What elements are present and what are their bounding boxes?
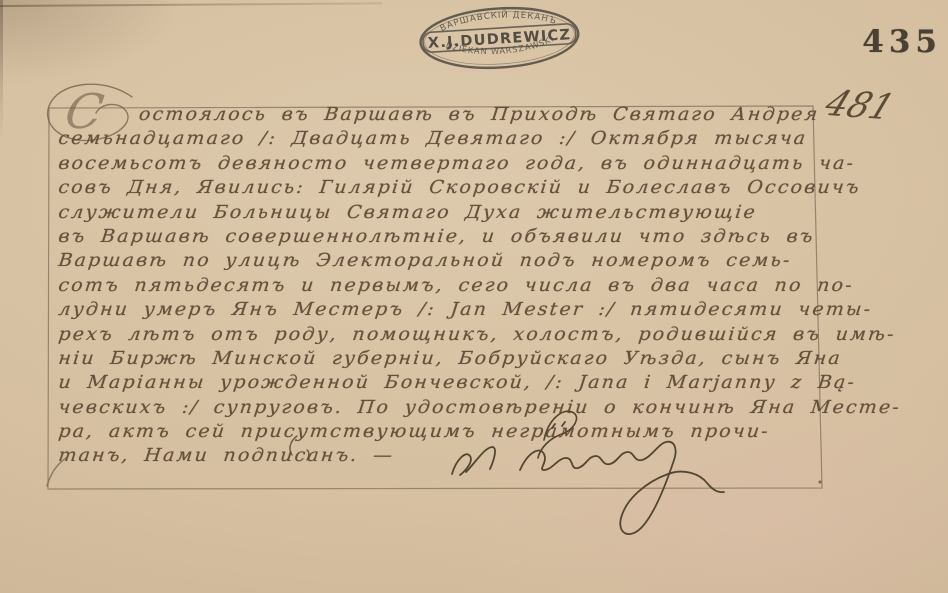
manuscript-line: Варшавѣ по улицѣ Электоральной подъ номе… [57,249,872,273]
manuscript-line: лудни умеръ Янъ Местеръ /: Jan Mester :/… [57,298,872,322]
manuscript-line: ра, актъ сей присутствующимъ неграмотным… [57,420,872,444]
rule-corner-dot [818,480,821,483]
manuscript-text: остоялось въ Варшавѣ въ Приходѣ Святаго … [57,103,823,469]
manuscript-line: служители Больницы Святаго Духа жительст… [57,201,872,225]
manuscript-line: и Маріанны урожденной Бончевской, /: Jan… [57,371,872,395]
manuscript-line: рехъ лѣтъ отъ роду, помощникъ, холостъ, … [57,323,872,347]
manuscript-line: совъ Дня, Явились: Гилярій Скоровскій и … [57,176,872,200]
manuscript-line: ніи Биржѣ Минской губерніи, Бобруйскаго … [57,347,872,371]
manuscript-line: въ Варшавѣ совершеннолѣтніе, и объявили … [57,225,872,249]
manuscript-line: остоялось въ Варшавѣ въ Приходѣ Святаго … [57,103,872,127]
scanned-document-page: ВАРШАВСКІЙ ДЕКАНЪ X.J.DUDREWICZ DZIEKAN … [0,0,948,593]
manuscript-line: восемьсотъ девяносто четвертаго года, въ… [57,152,872,176]
manuscript-line: чевскихъ :/ супруговъ. По удостовѣреніи … [57,396,872,420]
manuscript-line: сотъ пятьдесятъ и первымъ, сего числа въ… [57,274,872,298]
manuscript-line: семьнадцатаго /: Двадцать Девятаго :/ Ок… [57,127,872,151]
manuscript-line: танъ, Нами подписанъ. — [57,444,872,468]
